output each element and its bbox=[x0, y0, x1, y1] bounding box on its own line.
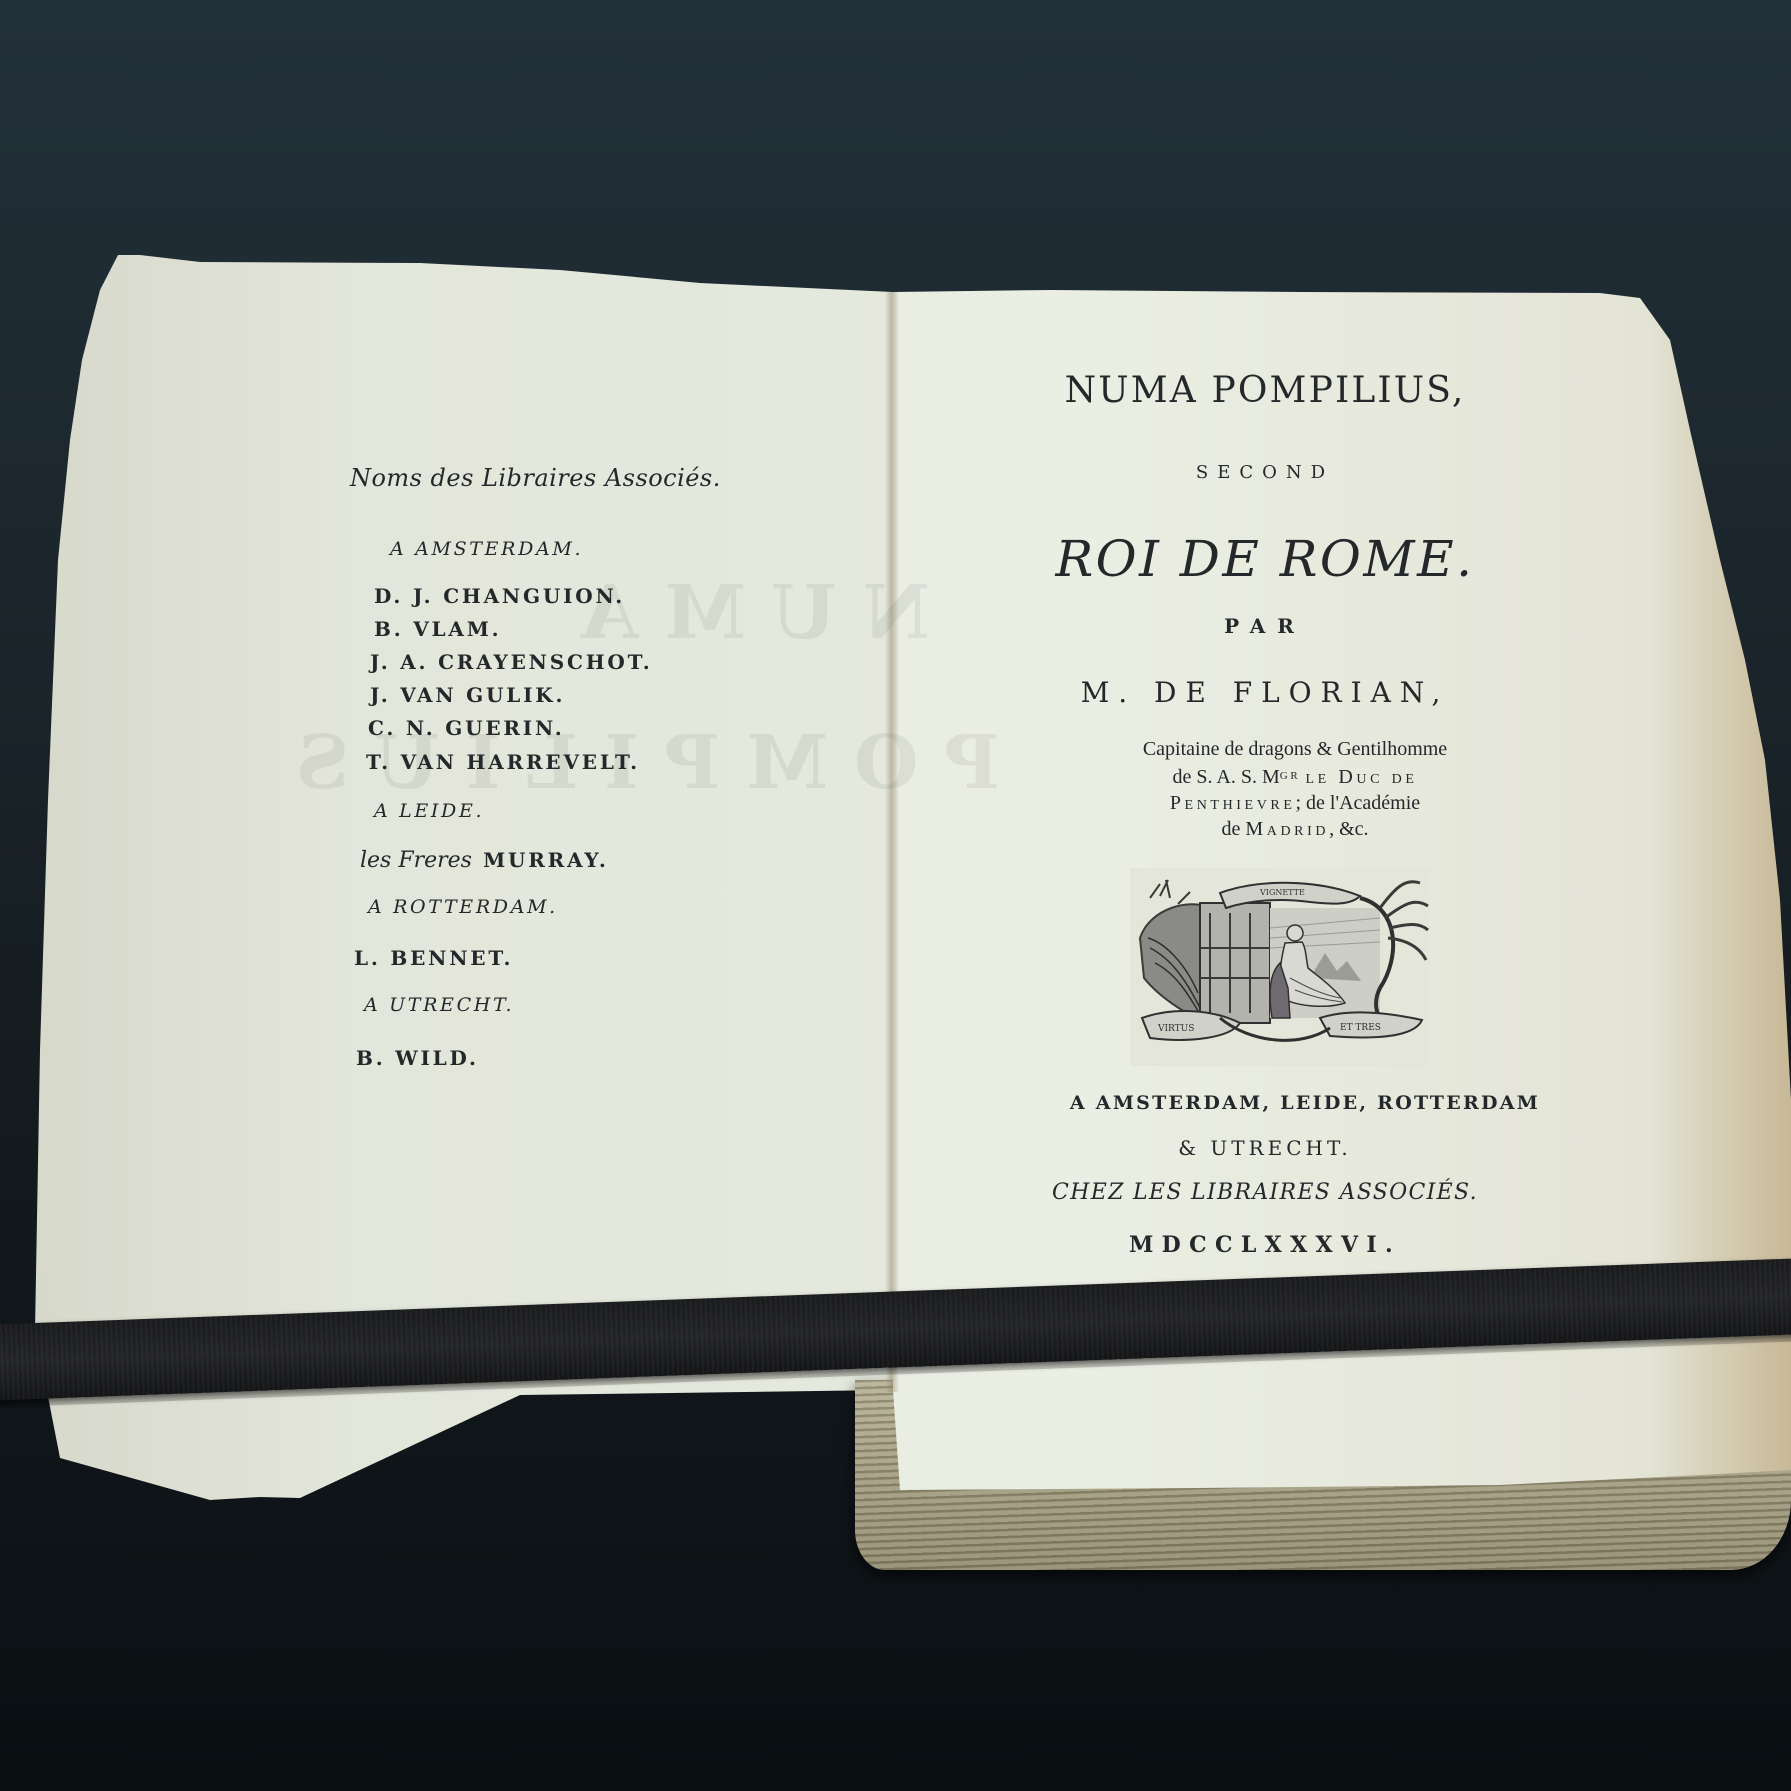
bookseller-name: L. BENNET. bbox=[354, 946, 513, 970]
names-prefix: les Freres bbox=[360, 848, 472, 873]
booksellers-heading: Noms des Libraires Associés. bbox=[350, 464, 721, 492]
city-amsterdam: A AMSTERDAM. bbox=[390, 538, 583, 560]
printers-vignette-engraving: VIRTUS ET TRES VIGNETTE bbox=[1130, 868, 1430, 1066]
author-desc-text: de bbox=[1221, 818, 1240, 840]
bookseller-name: B. WILD. bbox=[356, 1046, 479, 1070]
bookseller-name: J. A. CRAYENSCHOT. bbox=[370, 650, 653, 674]
publisher-line: CHEZ LES LIBRAIRES ASSOCIÉS. bbox=[895, 1180, 1635, 1205]
city-utrecht: A UTRECHT. bbox=[364, 994, 514, 1016]
bookseller-name: J. VAN GULIK. bbox=[370, 683, 565, 707]
author-desc-text: le Duc de bbox=[1305, 766, 1417, 788]
imprint-utrecht: & UTRECHT. bbox=[895, 1136, 1635, 1160]
author-desc-sup: gr bbox=[1280, 767, 1301, 783]
publication-year: MDCCLXXXVI. bbox=[895, 1232, 1635, 1258]
imprint-cities: A AMSTERDAM, LEIDE, ROTTERDAM bbox=[1020, 1092, 1590, 1114]
author-desc-line: Penthievre; de l'Académie bbox=[1040, 790, 1550, 816]
vignette-banner-right: ET TRES bbox=[1340, 1023, 1381, 1033]
author-description: Capitaine de dragons & Gentilhomme de S.… bbox=[1040, 736, 1550, 842]
city-leide: A LEIDE. bbox=[374, 800, 484, 822]
author-desc-text: , &c. bbox=[1329, 818, 1368, 840]
book-title: NUMA POMPILIUS, bbox=[895, 370, 1635, 411]
author-name: M. DE FLORIAN, bbox=[895, 676, 1635, 709]
author-desc-line: de S. A. S. Mgr le Duc de bbox=[1040, 762, 1550, 790]
book-gutter bbox=[885, 292, 899, 1392]
author-desc-text: Penthievre bbox=[1170, 792, 1296, 814]
author-desc-text: ; de l'Académie bbox=[1296, 792, 1421, 814]
show-through-text: NUMA bbox=[555, 570, 930, 656]
book-subtitle: ROI DE ROME. bbox=[895, 530, 1635, 588]
bookseller-name: MURRAY. bbox=[483, 848, 609, 872]
author-desc-text: de S. A. S. M bbox=[1173, 766, 1280, 788]
bookseller-name: C. N. GUERIN. bbox=[368, 716, 565, 740]
author-desc-line: Capitaine de dragons & Gentilhomme bbox=[1040, 736, 1550, 762]
vignette-banner-top: VIGNETTE bbox=[1259, 888, 1305, 897]
bookseller-name: T. VAN HARREVELT. bbox=[366, 750, 640, 774]
bookseller-murray: les Freres MURRAY. bbox=[360, 848, 609, 873]
author-desc-text: Madrid bbox=[1245, 818, 1329, 840]
city-rotterdam: A ROTTERDAM. bbox=[368, 896, 558, 918]
bookseller-name: B. VLAM. bbox=[374, 617, 501, 641]
bookseller-name: D. J. CHANGUION. bbox=[374, 584, 625, 608]
vignette-banner-left: VIRTUS bbox=[1157, 1024, 1194, 1034]
title-second: SECOND bbox=[895, 462, 1635, 483]
author-desc-line: de Madrid, &c. bbox=[1040, 816, 1550, 842]
title-par: PAR bbox=[895, 614, 1635, 638]
